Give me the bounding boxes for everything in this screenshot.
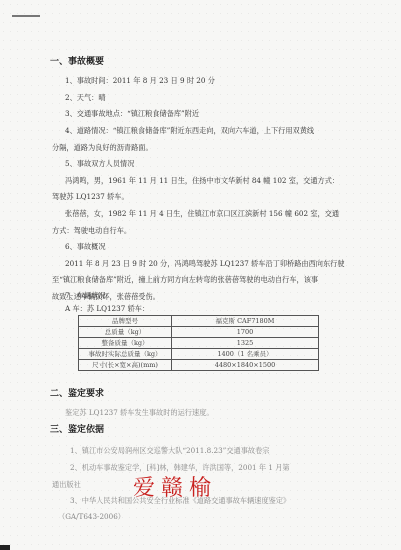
table-row: 尺寸(长×宽×高)(mm) 4480×1840×1500 xyxy=(79,360,319,371)
people-title: 5、事故双方人员情况 xyxy=(65,159,134,168)
accident-time: 1、事故时间：2011 年 8 月 23 日 9 时 20 分 xyxy=(65,76,215,85)
table-value: 4480×1840×1500 xyxy=(172,360,319,371)
overview-line-2: 至“镇江粮食储备库”附近，撞上前方同方向左转弯的张蓓蓓驾驶的电动自行车，该事 xyxy=(52,275,318,284)
accident-location: 3、交通事故地点：“镇江粮食储备库”附近 xyxy=(65,109,199,118)
handwritten-signature: 爱赣榆 xyxy=(133,471,217,502)
overview-line-1: 2011 年 8 月 23 日 9 时 20 分，冯鸿鸣驾驶苏 LQ1237 轿… xyxy=(65,259,345,268)
section-3-title: 三、鉴定依据 xyxy=(50,426,104,435)
table-row: 事故时实际总质量（kg） 1400（1 名乘员） xyxy=(79,349,319,360)
table-value: 1700 xyxy=(172,327,319,338)
table-key: 整备质量（kg） xyxy=(79,338,172,349)
section-2-title: 二、鉴定要求 xyxy=(50,390,104,399)
vehicle-title: 7、车辆状况： xyxy=(65,291,113,300)
table-value: 福克斯 CAF7180M xyxy=(172,316,319,327)
person-2: 张蓓蓓，女，1982 年 11 月 4 日生，住镇江市京口区江滨新村 156 幢… xyxy=(65,209,339,218)
road-condition: 4、道路情况：“镇江粮食储备库”附近东西走向，双向六车道，上下行用双黄线 xyxy=(65,126,314,135)
scan-edge-mark xyxy=(0,545,10,550)
table-key: 事故时实际总质量（kg） xyxy=(79,349,172,360)
table-key: 总质量（kg） xyxy=(79,327,172,338)
overview-title: 6、事故概况 xyxy=(65,242,106,251)
table-row: 品牌型号 福克斯 CAF7180M xyxy=(79,316,319,327)
table-key: 品牌型号 xyxy=(79,316,172,327)
weather: 2、天气：晴 xyxy=(65,93,106,102)
person-2-cont: 方式：驾驶电动自行车。 xyxy=(52,226,131,235)
table-value: 1325 xyxy=(172,338,319,349)
person-1-cont: 驾驶苏 LQ1237 轿车。 xyxy=(52,192,129,201)
basis-3-cont: （GA/T643-2006） xyxy=(58,512,125,521)
table-row: 总质量（kg） 1700 xyxy=(79,327,319,338)
table-value: 1400（1 名乘员） xyxy=(172,349,319,360)
section-1-title: 一、事故概要 xyxy=(50,58,104,67)
section-2-body: 鉴定苏 LQ1237 轿车发生事故时的运行速度。 xyxy=(65,408,214,417)
person-1: 冯鸿鸣，男，1961 年 11 月 11 日生，住扬中市文华新村 84 幢 10… xyxy=(65,176,339,185)
vehicle-table: 品牌型号 福克斯 CAF7180M 总质量（kg） 1700 整备质量（kg） … xyxy=(78,315,319,371)
table-row: 整备质量（kg） 1325 xyxy=(79,338,319,349)
basis-2-cont: 通出版社 xyxy=(52,480,81,489)
basis-1: 1、镇江市公安局润州区交巡警大队“2011.8.23”交通事故卷宗 xyxy=(70,446,269,455)
table-key: 尺寸(长×宽×高)(mm) xyxy=(79,360,172,371)
scan-mark xyxy=(12,15,40,17)
document-page: 一、事故概要 1、事故时间：2011 年 8 月 23 日 9 时 20 分 2… xyxy=(0,0,401,550)
road-condition-cont: 分隔，道路为良好的沥青路面。 xyxy=(52,143,153,152)
vehicle-a-label: A 车：苏 LQ1237 轿车： xyxy=(65,304,149,313)
